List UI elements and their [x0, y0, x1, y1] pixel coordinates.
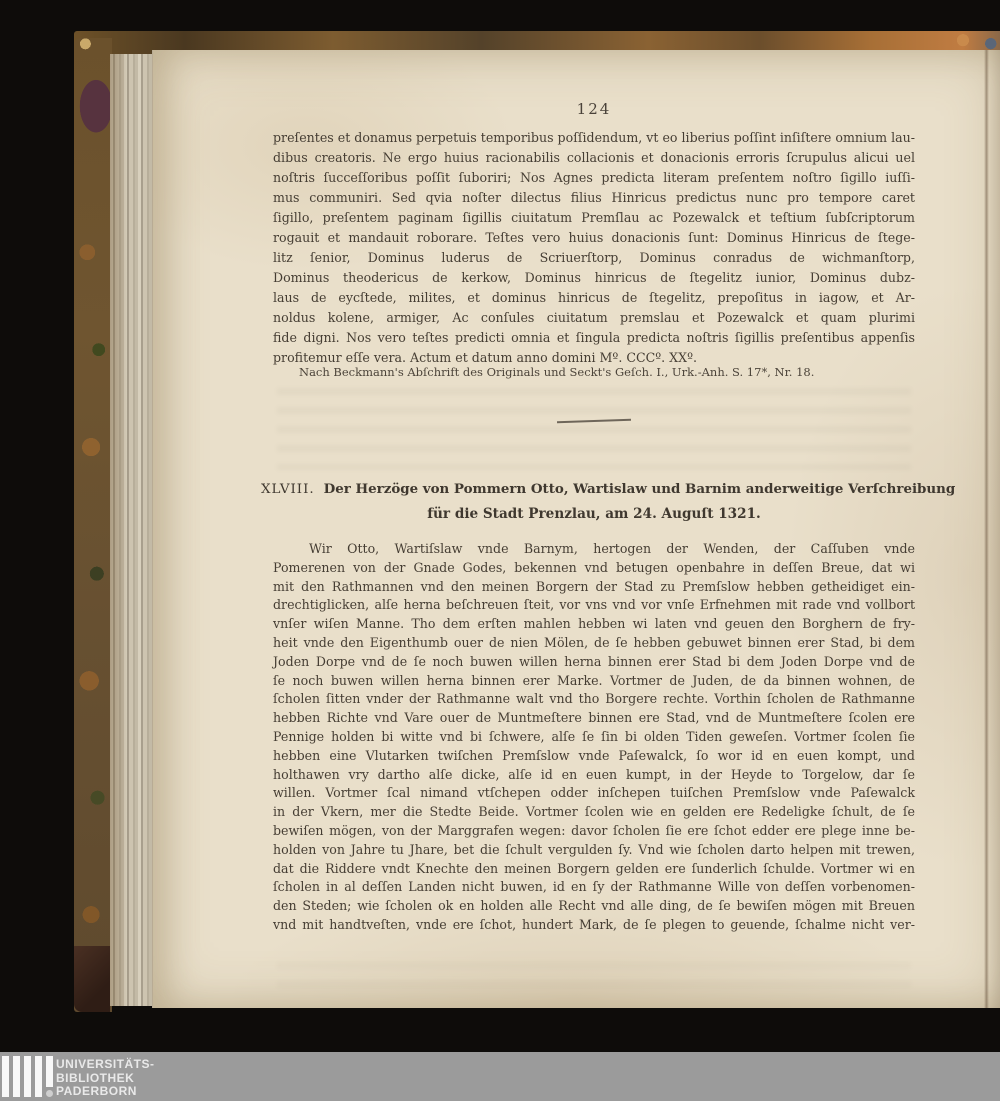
logo-dot — [46, 1090, 53, 1097]
text-line: hebben Richte vnd Vare ouer de Muntmeſte… — [273, 709, 915, 728]
text-line: Pomerenen von der Gnade Godes, bekennen … — [273, 559, 915, 578]
text-line: willen. Vortmer ſcal nimand vtſchepen od… — [273, 784, 915, 803]
book-cover-corner — [74, 946, 110, 1012]
page-number: 124 — [273, 100, 915, 118]
text-line: litz ſenior, Dominus luderus de Scriuerſ… — [273, 248, 915, 268]
library-name-line: PADERBORN — [56, 1085, 155, 1099]
logo-bar — [24, 1056, 31, 1097]
text-line: preſentes et donamus perpetuis temporibu… — [273, 128, 915, 148]
book-cover-edge — [74, 38, 112, 1012]
page-edge-stack — [110, 54, 152, 1006]
book-page: 124 preſentes et donamus perpetuis tempo… — [152, 50, 1000, 1008]
german-paragraph: Wir Otto, Wartiſslaw vnde Barnym, hertog… — [273, 540, 915, 935]
text-column: 124 preſentes et donamus perpetuis tempo… — [273, 50, 915, 1008]
latin-paragraph: preſentes et donamus perpetuis temporibu… — [273, 128, 915, 368]
record-heading: XLVIII.Der Herzöge von Pommern Otto, War… — [261, 477, 927, 526]
text-line: in der Vkern, mer die Stedte Beide. Vort… — [273, 803, 915, 822]
logo-bar — [35, 1056, 42, 1097]
text-line: hebben eine Vlutarken twiſchen Premſslow… — [273, 747, 915, 766]
logo-bar — [2, 1056, 9, 1097]
library-name-line: UNIVERSITÄTS- — [56, 1058, 155, 1072]
text-line: dibus creatoris. Ne ergo huius racionabi… — [273, 148, 915, 168]
text-line: ſigillo, preſentem paginam ſigillis ciui… — [273, 208, 915, 228]
gutter-shadow — [987, 50, 1000, 1008]
logo-bar — [46, 1056, 53, 1087]
text-line: vnſer wiſen Manne. Tho dem erſten mahlen… — [273, 615, 915, 634]
text-line: noldus kolene, armiger, Ac conſules ciui… — [273, 308, 915, 328]
bleed-through-text — [277, 388, 911, 470]
section-divider — [557, 419, 631, 424]
text-line: Wir Otto, Wartiſslaw vnde Barnym, hertog… — [273, 540, 915, 559]
source-note: Nach Beckmann's Abſchrift des Originals … — [299, 365, 915, 379]
library-name: UNIVERSITÄTS- BIBLIOTHEK PADERBORN — [56, 1058, 155, 1099]
bleed-through-text — [277, 962, 911, 994]
text-line: holthawen vry dartho alſe dicke, alſe id… — [273, 766, 915, 785]
logo-exclamation-bar — [46, 1056, 53, 1097]
library-name-line: BIBLIOTHEK — [56, 1072, 155, 1086]
text-line: Joden Dorpe vnd de ſe noch buwen willen … — [273, 653, 915, 672]
heading-line-1: XLVIII.Der Herzöge von Pommern Otto, War… — [261, 477, 927, 502]
text-line: dat die Riddere vndt Knechte den meinen … — [273, 860, 915, 879]
text-line: drechtiglicken, alſe herna beſchreuen ſt… — [273, 596, 915, 615]
heading-line-2: für die Stadt Prenzlau, am 24. Auguſt 13… — [261, 502, 927, 526]
text-line: heit vnde den Eigenthumb ouer de nien Mö… — [273, 634, 915, 653]
heading-numeral: XLVIII. — [261, 482, 315, 497]
library-logo-icon — [2, 1056, 53, 1097]
text-line: mus communiri. Sed qvia noſter dilectus … — [273, 188, 915, 208]
text-line: den Steden; wie ſcholen ok en holden all… — [273, 897, 915, 916]
heading-title: Der Herzöge von Pommern Otto, Wartislaw … — [324, 481, 956, 497]
text-line: ſcholen in al deſſen Landen nicht buwen,… — [273, 878, 915, 897]
text-line: Pennige holden bi witte vnd bi ſchwere, … — [273, 728, 915, 747]
library-watermark-band: UNIVERSITÄTS- BIBLIOTHEK PADERBORN — [0, 1052, 1000, 1101]
text-line: bewiſen mögen, von der Marggrafen wegen:… — [273, 822, 915, 841]
text-line: rogauit et mandauit roborare. Teſtes ver… — [273, 228, 915, 248]
text-line: noſtris ſucceſſoribus poſſit ſuboriri; N… — [273, 168, 915, 188]
text-line: laus de eycſtede, milites, et dominus hi… — [273, 288, 915, 308]
text-line: ſcholen ſitten vnder der Rathmanne walt … — [273, 690, 915, 709]
text-line: holden von Jahre tu Jhare, bet die ſchul… — [273, 841, 915, 860]
text-line: Dominus theodericus de kerkow, Dominus h… — [273, 268, 915, 288]
photo-background: 124 preſentes et donamus perpetuis tempo… — [0, 0, 1000, 1101]
text-line: fide digni. Nos vero teſtes predicti omn… — [273, 328, 915, 348]
text-line: ſe noch buwen willen herna binnen erer M… — [273, 672, 915, 691]
text-line: vnd mit handtveſten, vnde ere ſchot, hun… — [273, 916, 915, 935]
text-line: mit den Rathmannen vnd den meinen Borger… — [273, 578, 915, 597]
logo-bar — [13, 1056, 20, 1097]
